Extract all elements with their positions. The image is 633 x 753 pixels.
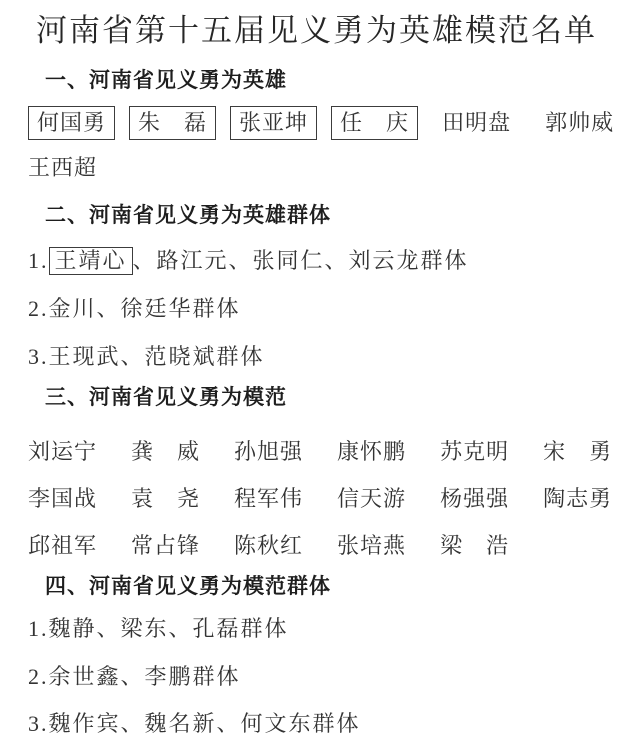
boxed-name: 何国勇 (28, 106, 115, 140)
name: 张培燕 (337, 531, 406, 561)
name: 信天游 (337, 484, 406, 514)
item-text: 、路江元、张同仁、刘云龙群体 (133, 248, 469, 273)
name: 郭帅威 (535, 108, 624, 138)
item-number: 3. (28, 711, 49, 736)
name: 孙旭强 (234, 437, 303, 467)
name: 龚 威 (131, 437, 200, 467)
name: 李国战 (28, 484, 97, 514)
list-item: 1.王靖心、路江元、张同仁、刘云龙群体 (28, 246, 605, 276)
name: 杨强强 (440, 484, 509, 514)
section-1-name-row-2: 王西超 (28, 155, 605, 181)
name: 陶志勇 (543, 484, 612, 514)
name: 苏克明 (440, 437, 509, 467)
section-3-name-row-3: 邱祖军 常占锋 陈秋红 张培燕 梁 浩 (28, 531, 605, 561)
name: 梁 浩 (440, 531, 509, 561)
name: 常占锋 (131, 531, 200, 561)
list-item: 3.魏作宾、魏名新、何文东群体 (28, 709, 605, 739)
list-item: 3.王现武、范晓斌群体 (28, 342, 605, 372)
item-text: 王现武、范晓斌群体 (49, 344, 265, 369)
page-title: 河南省第十五届见义勇为英雄模范名单 (28, 10, 605, 52)
item-number: 1. (28, 248, 49, 273)
name: 王西超 (28, 155, 97, 181)
section-2-heading: 二、河南省见义勇为英雄群体 (45, 203, 605, 229)
section-1-name-row-1: 何国勇 朱 磊 张亚坤 任 庆 田明盘 郭帅威 (28, 106, 605, 140)
name: 康怀鹏 (337, 437, 406, 467)
list-item: 2.金川、徐廷华群体 (28, 294, 605, 324)
list-item: 2.余世鑫、李鹏群体 (28, 662, 605, 692)
item-number: 1. (28, 616, 49, 641)
item-text: 魏静、梁东、孔磊群体 (49, 616, 289, 641)
item-number: 2. (28, 296, 49, 321)
boxed-name: 王靖心 (49, 247, 133, 275)
name: 宋 勇 (543, 437, 612, 467)
section-4-heading: 四、河南省见义勇为模范群体 (45, 574, 605, 600)
name: 袁 尧 (131, 484, 200, 514)
item-text: 魏作宾、魏名新、何文东群体 (49, 711, 361, 736)
item-text: 金川、徐廷华群体 (49, 296, 241, 321)
boxed-name: 任 庆 (331, 106, 418, 140)
item-number: 2. (28, 664, 49, 689)
boxed-name: 张亚坤 (230, 106, 317, 140)
section-3-heading: 三、河南省见义勇为模范 (45, 385, 605, 411)
section-3-name-row-1: 刘运宁 龚 威 孙旭强 康怀鹏 苏克明 宋 勇 (28, 437, 605, 467)
name: 邱祖军 (28, 531, 97, 561)
boxed-name: 朱 磊 (129, 106, 216, 140)
item-number: 3. (28, 344, 49, 369)
document-page: 河南省第十五届见义勇为英雄模范名单 一、河南省见义勇为英雄 何国勇 朱 磊 张亚… (0, 0, 633, 753)
list-item: 1.魏静、梁东、孔磊群体 (28, 614, 605, 644)
item-text: 余世鑫、李鹏群体 (49, 664, 241, 689)
name: 陈秋红 (234, 531, 303, 561)
name: 刘运宁 (28, 437, 97, 467)
name: 程军伟 (234, 484, 303, 514)
section-3-name-row-2: 李国战 袁 尧 程军伟 信天游 杨强强 陶志勇 (28, 484, 605, 514)
section-1-heading: 一、河南省见义勇为英雄 (45, 68, 605, 94)
name: 田明盘 (432, 108, 521, 138)
